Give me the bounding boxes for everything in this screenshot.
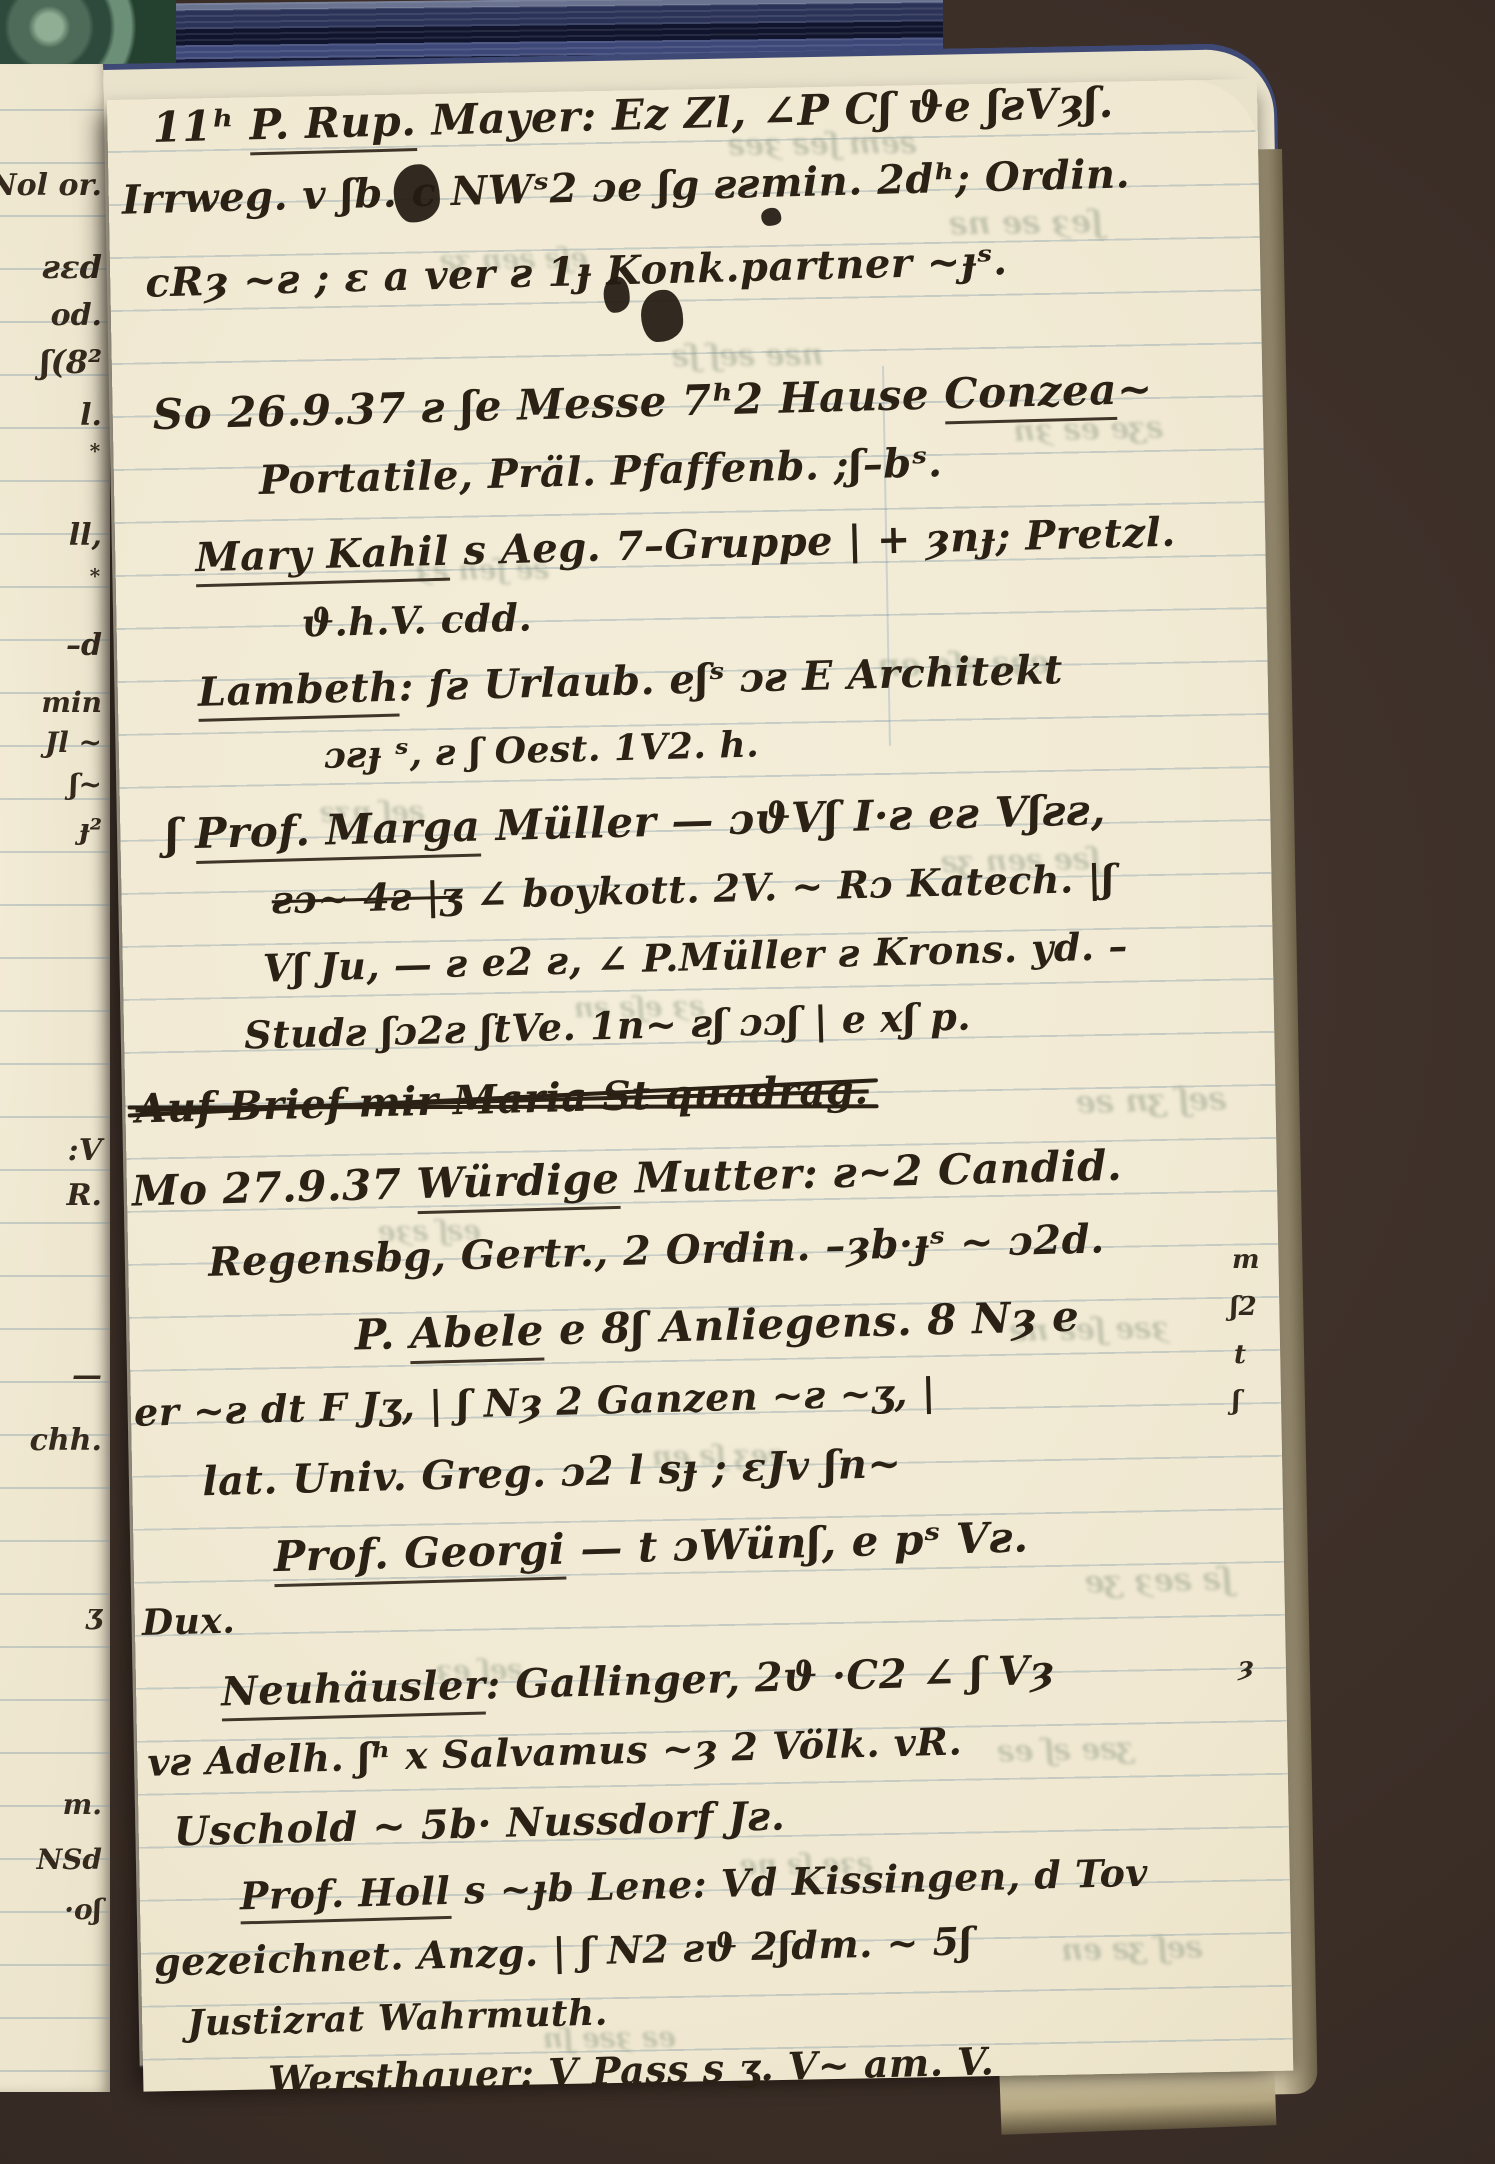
- cut-off-word-fragment: NSd: [37, 1843, 102, 1876]
- edge-letter-fragment: m: [1232, 1245, 1260, 1275]
- underlined-phrase: Conzea: [944, 365, 1118, 425]
- diary-entry-line: Studƨ ʃɔ2ƨ ʃtVe. 1n~ ƨʃ ɔɔʃ | e xʃ p.: [244, 993, 972, 1057]
- cut-off-word-fragment: ʃ(8²: [40, 343, 102, 381]
- handwriting-segment: Mutter: ƨ~2 Candid.: [619, 1141, 1123, 1203]
- diary-entry-line: lat. Univ. Greg. ɔ2 l sɟ ; εJv ʃn~: [202, 1440, 902, 1505]
- handwriting-segment: lat. Univ. Greg. ɔ2 l sɟ ; εJv ʃn~: [202, 1440, 902, 1505]
- handwriting-segment: Regensbg, Gertr., 2 Ordin. –ȝb·ɟˢ ~ ɔ2d.: [208, 1215, 1105, 1285]
- diary-entry-line: cRȝ ~ƨ ; ε a ver ƨ 1ɟ Konk.partner ~ɟˢ.: [145, 237, 1008, 307]
- handwriting-segment: ʃ: [165, 809, 196, 859]
- handwriting-segment: 11ʰ: [152, 100, 250, 152]
- diary-entry-line: Neuhäusler: Gallinger, 2ϑ ·C2 ∠ ʃ Vȝ: [221, 1647, 1055, 1716]
- handwriting-segment: Studƨ ʃɔ2ƨ ʃtVe. 1n~ ƨʃ ɔɔʃ | e xʃ p.: [244, 993, 972, 1057]
- cut-off-word-fragment: ɟ²: [79, 813, 102, 846]
- handwriting-segment: s Aeg. 7–Gruppe | + ȝnɟ; Pretzl.: [448, 509, 1176, 575]
- edge-letter-fragment: ʃ: [1232, 1386, 1241, 1416]
- ink-blot: [603, 276, 630, 312]
- underlined-phrase: Prof. Holl: [239, 1868, 451, 1924]
- diary-entry-line: Irrweg. v ʃb. c NWˢ2 ɔe ʃg ƨƨmin. 2dʰ; O…: [121, 150, 1130, 223]
- diary-entry-line: Lambeth: ſƨ Urlaub. eʃˢ ɔƨ E Architekt: [197, 646, 1063, 716]
- cut-off-word-fragment: ʃ~: [69, 768, 102, 801]
- handwriting-segment: Wersthauer: V Pass s ʒ. V~ am. V.: [268, 2038, 995, 2102]
- handwriting-segment: ƨɔ~ 4ƨ |ʒ: [271, 872, 463, 922]
- cut-off-word-fragment: ƨεd: [42, 248, 102, 286]
- cut-off-word-fragment: Jl ~: [45, 726, 102, 759]
- handwriting-segment: Vʃ Ju, — ƨ e2 ƨ, ∠ P.Müller ƨ Krons. yd.…: [262, 923, 1128, 991]
- handwriting-segment: : ſƨ Urlaub. eʃˢ ɔƨ E Architekt: [398, 646, 1063, 710]
- underlined-phrase: Mary Kahil: [195, 528, 450, 588]
- diary-entry-line: Vʃ Ju, — ƨ e2 ƨ, ∠ P.Müller ƨ Krons. yd.…: [262, 923, 1128, 991]
- cut-off-word-fragment: ∗: [88, 560, 102, 584]
- diary-entry-line: P. Abele e 8ʃ Anliegens. 8 Nȝ e: [354, 1292, 1080, 1360]
- handwriting-segment: ϑ.h.V. cdd.: [301, 594, 533, 645]
- diary-entry-line: Dux.: [141, 1600, 235, 1644]
- handwriting-segment: Portatile, Präl. Pfaffenb. ;ʃ–bˢ.: [258, 439, 943, 504]
- diary-entry-line: Prof. Holl s ~ɟb Lene: Vd Kissingen, d T…: [239, 1850, 1148, 1919]
- cut-off-word-fragment: ∗: [88, 435, 102, 459]
- diary-entry-line: gezeichnet. Anzg. | ʃ N2 ƨϑ 2ʃdm. ~ 5ʃ: [154, 1918, 974, 1984]
- diary-entry-line: ϑ.h.V. cdd.: [301, 594, 533, 645]
- marbled-edge-corner: [0, 0, 176, 64]
- diary-entry-line: So 26.9.37 ƨ ʃe Messe 7ʰ2 Hause Conzea~: [152, 364, 1153, 439]
- handwriting-segment: Müller — ɔϑVʃ I·ƨ eƨ Vʃƨƨ,: [480, 785, 1106, 850]
- underlined-phrase: Prof. Marga: [194, 802, 481, 864]
- underlined-phrase: Würdige: [416, 1154, 620, 1214]
- edge-letter-fragment: t: [1234, 1340, 1246, 1370]
- diary-entry-line: Regensbg, Gertr., 2 Ordin. –ȝb·ɟˢ ~ ɔ2d.: [208, 1215, 1105, 1285]
- cut-off-word-fragment: R.: [67, 1178, 102, 1213]
- diary-entry-line: ƨɔ~ 4ƨ |ʒ ∠ boykott. 2V. ~ Rɔ Katech. |ʃ: [271, 855, 1115, 922]
- handwriting-layer: 11ʰ P. Rup. Mayer: Ez Zl, ∠P Cʃ ϑe ʃƨVȝʃ…: [107, 79, 1293, 2092]
- handwriting-segment: Dux.: [141, 1600, 235, 1644]
- cut-off-word-fragment: min: [41, 686, 102, 719]
- cut-off-word-fragment: m.: [63, 1788, 102, 1821]
- underlined-phrase: Lambeth: [197, 664, 399, 722]
- handwriting-segment: ~: [1116, 364, 1153, 414]
- ink-blot: [393, 164, 440, 223]
- diary-entry-line: Wersthauer: V Pass s ʒ. V~ am. V.: [268, 2038, 995, 2102]
- handwriting-segment: gezeichnet. Anzg. | ʃ N2 ƨϑ 2ʃdm. ~ 5ʃ: [154, 1918, 974, 1984]
- cut-off-word-fragment: od.: [51, 298, 102, 333]
- diary-entry-line: Mo 27.9.37 Würdige Mutter: ƨ~2 Candid.: [131, 1141, 1122, 1216]
- diary-entry-line-struck: Auf Brief mir Maria St quadrag.: [135, 1066, 869, 1132]
- cut-off-word-fragment: l.: [80, 398, 102, 433]
- cut-off-word-fragment: :V: [68, 1133, 102, 1168]
- diary-entry-line: Prof. Georgi — t ɔWünʃ, e pˢ Vƨ.: [273, 1512, 1029, 1581]
- underlined-phrase: Neuhäusler: [221, 1662, 487, 1722]
- cut-off-word-fragment: ·oʃ: [64, 1893, 102, 1926]
- ink-blot: [641, 289, 684, 342]
- handwriting-segment: Irrweg. v ʃb. c NWˢ2 ɔe ʃg ƨƨmin. 2dʰ; O…: [121, 150, 1130, 223]
- cut-off-word-fragment: Nol or.: [0, 168, 102, 203]
- facing-page-strip: Nol or.ƨεdod.ʃ(8²l.∗ll,∗–dminJl ~ʃ~ɟ²:VR…: [0, 58, 110, 2092]
- cut-off-word-fragment: –d: [66, 628, 102, 663]
- edge-letter-fragment: ʃ2: [1230, 1292, 1257, 1322]
- underlined-phrase: Abele: [409, 1306, 544, 1364]
- handwriting-segment: So 26.9.37 ƨ ʃe Messe 7ʰ2 Hause: [152, 369, 945, 439]
- cut-off-word-fragment: ʒ: [86, 1598, 102, 1631]
- diary-entry-line: Portatile, Präl. Pfaffenb. ;ʃ–bˢ.: [258, 439, 943, 504]
- diary-page: ƨem ʃeƨ ȝeƨeʃƨ ƨen ʒƨʃeȝ ƨe nƨnƨe ƨeʃ ʃƨ…: [107, 79, 1293, 2092]
- ink-blot: [761, 208, 781, 226]
- diary-entry-line: Uschold ~ 5b· Nussdorf Jƨ.: [173, 1792, 786, 1855]
- edge-letter-fragment: ȝ: [1238, 1652, 1254, 1682]
- diary-entry-line: vƨ Adelh. ʃʰ x Salvamus ~ȝ 2 Völk. vR.: [147, 1718, 963, 1784]
- handwriting-segment: e 8ʃ Anliegens. 8 Nȝ e: [543, 1292, 1080, 1355]
- handwriting-segment: P.: [354, 1309, 411, 1359]
- handwriting-segment: er ~ƨ dt F Jʒ, | ʃ Nȝ 2 Ganzen ~ƨ ~ʒ, |: [133, 1369, 936, 1435]
- diary-entry-line: er ~ƨ dt F Jʒ, | ʃ Nȝ 2 Ganzen ~ƨ ~ʒ, |: [133, 1369, 936, 1435]
- handwriting-segment: Justizrat Wahrmuth.: [187, 1992, 609, 2045]
- handwriting-segment: vƨ Adelh. ʃʰ x Salvamus ~ȝ 2 Völk. vR.: [147, 1718, 963, 1784]
- handwriting-segment: cRȝ ~ƨ ; ε a ver ƨ 1ɟ Konk.partner ~ɟˢ.: [145, 237, 1008, 307]
- cut-off-word-fragment: —: [72, 1358, 102, 1393]
- diary-photograph: Nol or.ƨεdod.ʃ(8²l.∗ll,∗–dminJl ~ʃ~ɟ²:VR…: [0, 0, 1495, 2164]
- underlined-phrase: Prof. Georgi: [273, 1525, 566, 1588]
- underlined-phrase: P. Rup.: [249, 96, 417, 155]
- handwriting-segment: s ~ɟb Lene: Vd Kissingen, d Tov: [450, 1850, 1149, 1913]
- handwriting-segment: ɔƨɟ ˢ, ƨ ʃ Oest. 1V2. h.: [324, 723, 760, 776]
- handwriting-segment: — t ɔWünʃ, e pˢ Vƨ.: [565, 1512, 1029, 1573]
- handwriting-segment: ∠ boykott. 2V. ~ Rɔ Katech. |ʃ: [462, 855, 1116, 917]
- diary-entry-line: ɔƨɟ ˢ, ƨ ʃ Oest. 1V2. h.: [324, 723, 760, 776]
- diary-entry-line: Justizrat Wahrmuth.: [187, 1992, 609, 2045]
- handwriting-segment: Mo 27.9.37: [131, 1159, 417, 1215]
- cut-off-word-fragment: ll,: [69, 518, 102, 553]
- diary-entry-line: Mary Kahil s Aeg. 7–Gruppe | + ȝnɟ; Pret…: [195, 509, 1177, 582]
- diary-entry-line: ʃ Prof. Marga Müller — ɔϑVʃ I·ƨ eƨ Vʃƨƨ,: [165, 785, 1106, 859]
- handwriting-segment: Uschold ~ 5b· Nussdorf Jƨ.: [173, 1792, 786, 1855]
- cut-off-word-fragment: chh.: [30, 1423, 102, 1458]
- handwriting-segment: : Gallinger, 2ϑ ·C2 ∠ ʃ Vȝ: [485, 1647, 1055, 1709]
